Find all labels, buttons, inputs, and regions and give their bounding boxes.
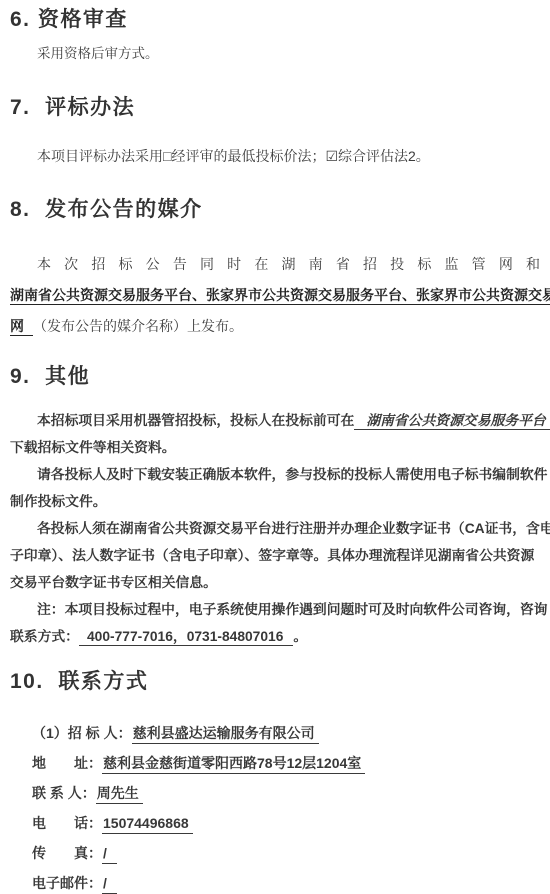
contact-phone-number: 15074496868 — [102, 814, 193, 834]
evaluation-body-text: 本项目评标办法采用□经评审的最低投标价法；☑综合评估法2。 — [10, 147, 540, 165]
contact-row-tenderer: （1）招 标 人：慈利县盛达运输服务有限公司 — [10, 718, 540, 748]
note-contact-label: 联系方式： — [10, 629, 79, 644]
contact-row-address: 地 址：慈利县金慈街道零阳西路78号12层1204室 — [10, 748, 540, 778]
heading-qualification-review: 6. 资格审查 — [10, 8, 540, 32]
contact-label: 联 系 人： — [32, 785, 96, 801]
other-p3-line-2: 子印章）、法人数字证书（含电子印章）、签字章等。具体办理流程详见湖南省公共资源 — [10, 542, 540, 569]
heading-announcement-media: 8. 发布公告的媒介 — [10, 198, 540, 222]
other-p1-line-1: 本招标项目采用机器管招投标，投标人在投标前可在湖南省公共资源交易服务平台 — [10, 407, 540, 434]
other-p2-line-2: 制作投标文件。 — [10, 488, 540, 515]
contact-label: 电 话： — [32, 815, 102, 831]
note-period: 。 — [293, 629, 307, 644]
platform-name-underlined: 湖南省公共资源交易服务平台 — [354, 413, 549, 430]
contact-row-email: 电子邮件：/ — [10, 868, 540, 894]
heading-contact-info: 10. 联系方式 — [10, 670, 540, 694]
other-note-line-2: 联系方式：400-777-7016，0731-84807016。 — [10, 623, 540, 650]
contact-row-phone: 电 话：15074496868 — [10, 808, 540, 838]
media-platforms-bold-underline-cont: 网 — [10, 318, 33, 336]
other-p1-text: 本招标项目采用机器管招投标，投标人在投标前可在 — [37, 413, 354, 428]
tenderer-address: 慈利县金慈街道零阳西路78号12层1204室 — [102, 754, 365, 774]
media-line-2: 湖南省公共资源交易服务平台、张家界市公共资源交易服务平台、张家界市公共资源交易 — [10, 280, 540, 311]
document-page: 6. 资格审查 采用资格后审方式。 7. 评标办法 本项目评标办法采用□经评审的… — [0, 0, 550, 894]
other-note-line-1: 注：本项目投标过程中，电子系统使用操作遇到问题时可及时向软件公司咨询，咨询 — [10, 596, 540, 623]
other-section-body: 本招标项目采用机器管招投标，投标人在投标前可在湖南省公共资源交易服务平台 下载招… — [10, 407, 540, 650]
other-p3-line-1: 各投标人须在湖南省公共资源交易平台进行注册并办理企业数字证书（CA证书，含电 — [10, 515, 540, 542]
qualification-body-text: 采用资格后审方式。 — [10, 45, 540, 62]
contact-label: （1）招 标 人： — [32, 725, 132, 741]
contact-person-name: 周先生 — [96, 784, 143, 804]
contact-label: 地 址： — [32, 755, 102, 771]
media-platforms-bold-underline: 湖南省公共资源交易服务平台、张家界市公共资源交易服务平台、张家界市公共资源交易 — [10, 287, 550, 305]
support-phone-numbers: 400-777-7016，0731-84807016 — [79, 629, 293, 646]
contact-label: 传 真： — [32, 845, 102, 861]
contact-email-value: / — [102, 874, 117, 894]
media-line-3-rest: （发布公告的媒介名称）上发布。 — [33, 318, 243, 334]
announcement-media-paragraph: 本次招标公告同时在湖南省招投标监管网和 湖南省公共资源交易服务平台、张家界市公共… — [10, 249, 540, 342]
other-p1-line-2: 下载招标文件等相关资料。 — [10, 434, 540, 461]
contact-row-person: 联 系 人：周先生 — [10, 778, 540, 808]
contact-row-fax: 传 真：/ — [10, 838, 540, 868]
media-line-3: 网（发布公告的媒介名称）上发布。 — [10, 311, 540, 342]
heading-evaluation-method: 7. 评标办法 — [10, 96, 540, 120]
other-p3-line-3: 交易平台数字证书专区相关信息。 — [10, 569, 540, 596]
contact-label: 电子邮件： — [32, 875, 102, 891]
heading-other: 9. 其他 — [10, 365, 540, 389]
tenderer-name: 慈利县盛达运输服务有限公司 — [132, 724, 319, 744]
other-p2-line-1: 请各投标人及时下载安装正确版本软件，参与投标的投标人需使用电子标书编制软件 — [10, 461, 540, 488]
contact-info-list: （1）招 标 人：慈利县盛达运输服务有限公司 地 址：慈利县金慈街道零阳西路78… — [10, 718, 540, 894]
contact-fax-value: / — [102, 844, 117, 864]
media-line-1: 本次招标公告同时在湖南省招投标监管网和 — [10, 249, 540, 280]
